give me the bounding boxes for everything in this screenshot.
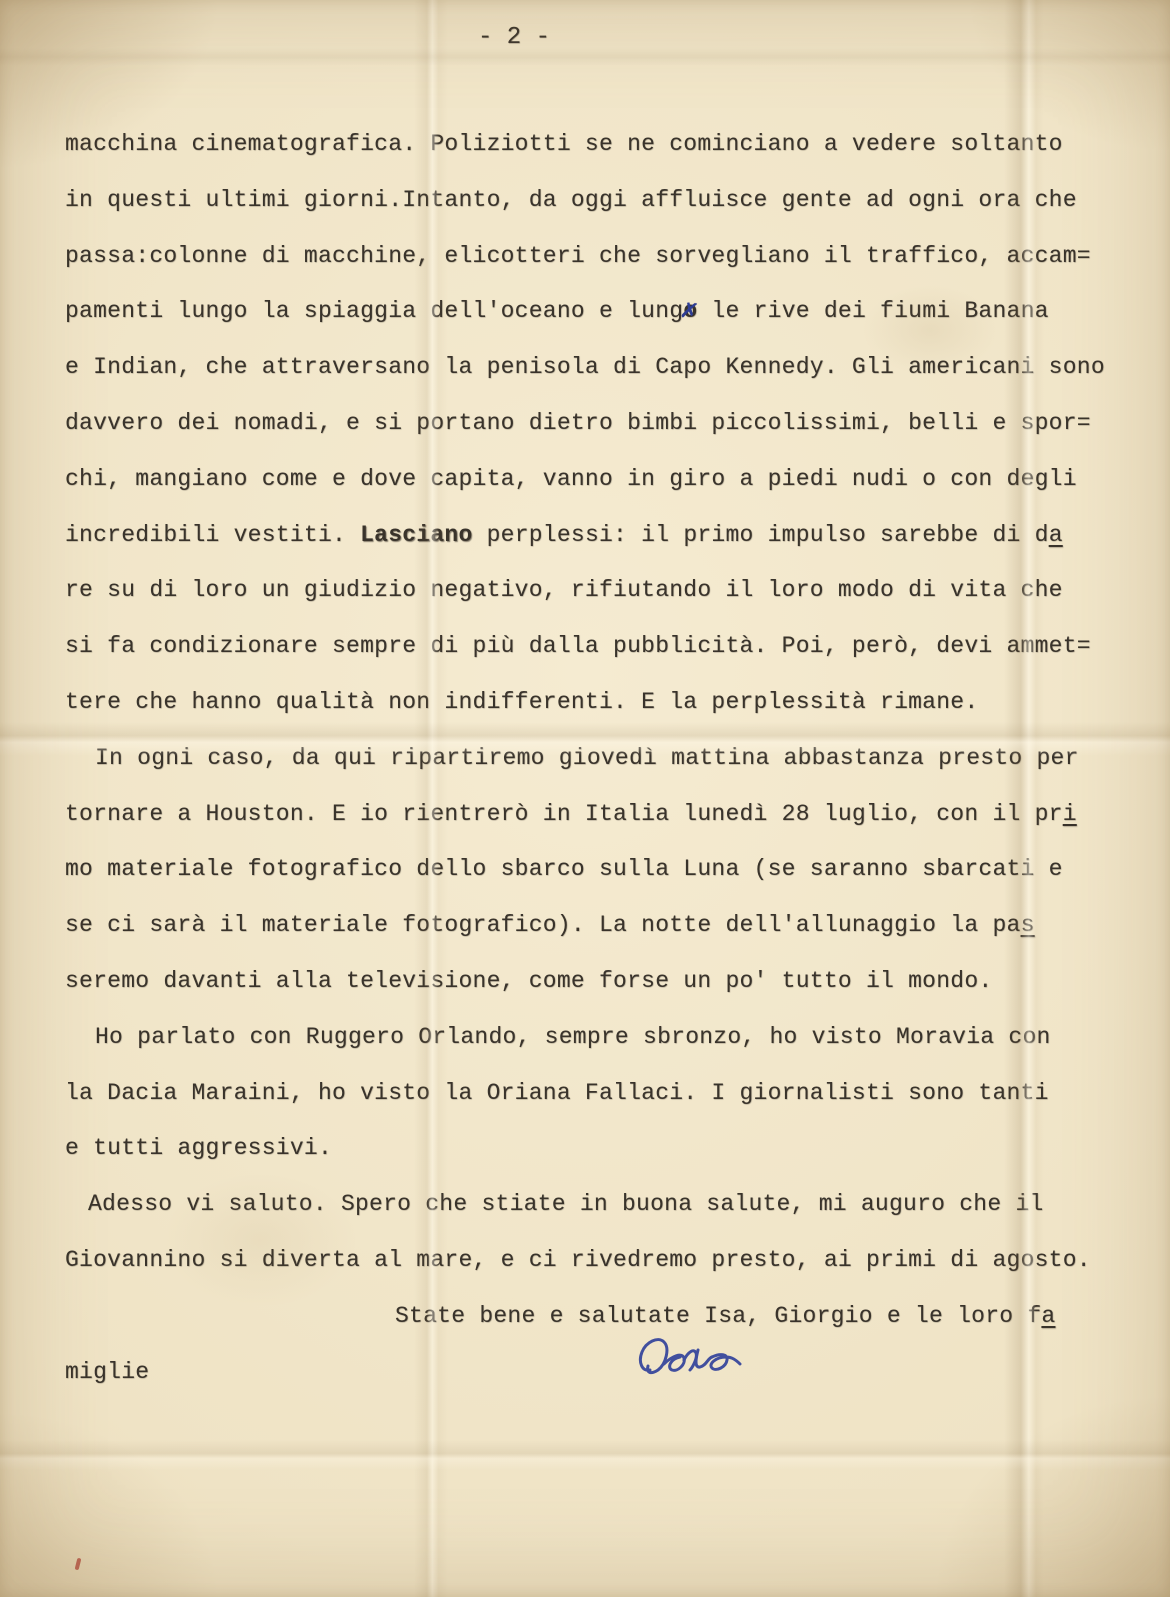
page-number: - 2 - <box>478 24 550 51</box>
letter-line: mo materiale fotografico dello sbarco su… <box>65 856 1063 882</box>
letter-line: re su di loro un giudizio negativo, rifi… <box>65 577 1063 603</box>
signature-ink-icon <box>628 1326 798 1400</box>
corner-shading-bottom-left <box>0 1377 260 1597</box>
letter-line: Giovannino si diverta al mare, e ci rive… <box>65 1247 1091 1273</box>
letter-line: seremo davanti alla televisione, come fo… <box>65 968 992 994</box>
letter-line: Adesso vi saluto. Spero che stiate in bu… <box>88 1191 1044 1217</box>
letter-page: - 2 - macchina cinematografica. Poliziot… <box>0 0 1170 1597</box>
letter-line: passa:colonne di macchine, elicotteri ch… <box>65 243 1091 269</box>
blue-x-correction-icon: ✗ <box>679 293 701 328</box>
letter-line: se ci sarà il materiale fotografico). La… <box>65 912 1035 938</box>
letter-line: in questi ultimi giorni.Intanto, da oggi… <box>65 187 1077 213</box>
horizontal-fold-crease-bottom <box>0 1440 1170 1470</box>
corner-shading-top-left <box>0 0 260 200</box>
letter-line: In ogni caso, da qui ripartiremo giovedì… <box>95 745 1079 771</box>
handwritten-signature: Paola <box>628 1326 798 1405</box>
letter-line: macchina cinematografica. Poliziotti se … <box>65 131 1063 157</box>
letter-line: chi, mangiano come e dove capita, vanno … <box>65 466 1077 492</box>
letter-line: la Dacia Maraini, ho visto la Oriana Fal… <box>65 1080 1049 1106</box>
letter-line: e Indian, che attraversano la penisola d… <box>65 354 1105 380</box>
horizontal-crease-top <box>0 48 1170 66</box>
vertical-fold-crease-right <box>1004 0 1044 1597</box>
letter-line: e tutti aggressivi. <box>65 1135 332 1161</box>
letter-line: tornare a Houston. E io rientrerò in Ita… <box>65 801 1077 827</box>
paper-smudge <box>130 1150 390 1330</box>
letter-line: davvero dei nomadi, e si portano dietro … <box>65 410 1091 436</box>
letter-line: State bene e salutate Isa, Giorgio e le … <box>395 1303 1055 1329</box>
red-ink-speck <box>75 1558 82 1571</box>
letter-line: Ho parlato con Ruggero Orlando, sempre s… <box>95 1024 1051 1050</box>
scan-edge-vignette <box>0 0 1170 1597</box>
corner-shading-bottom-right <box>890 1357 1170 1597</box>
letter-line: incredibili vestiti. Lasciano perplessi:… <box>65 522 1063 548</box>
letter-line: si fa condizionare sempre di più dalla p… <box>65 633 1091 659</box>
letter-line: pamenti lungo la spiaggia dell'oceano e … <box>65 298 1049 324</box>
vertical-fold-crease-left <box>414 0 448 1597</box>
letter-line: tere che hanno qualità non indifferenti.… <box>65 689 978 715</box>
letter-line: miglie <box>65 1359 149 1385</box>
